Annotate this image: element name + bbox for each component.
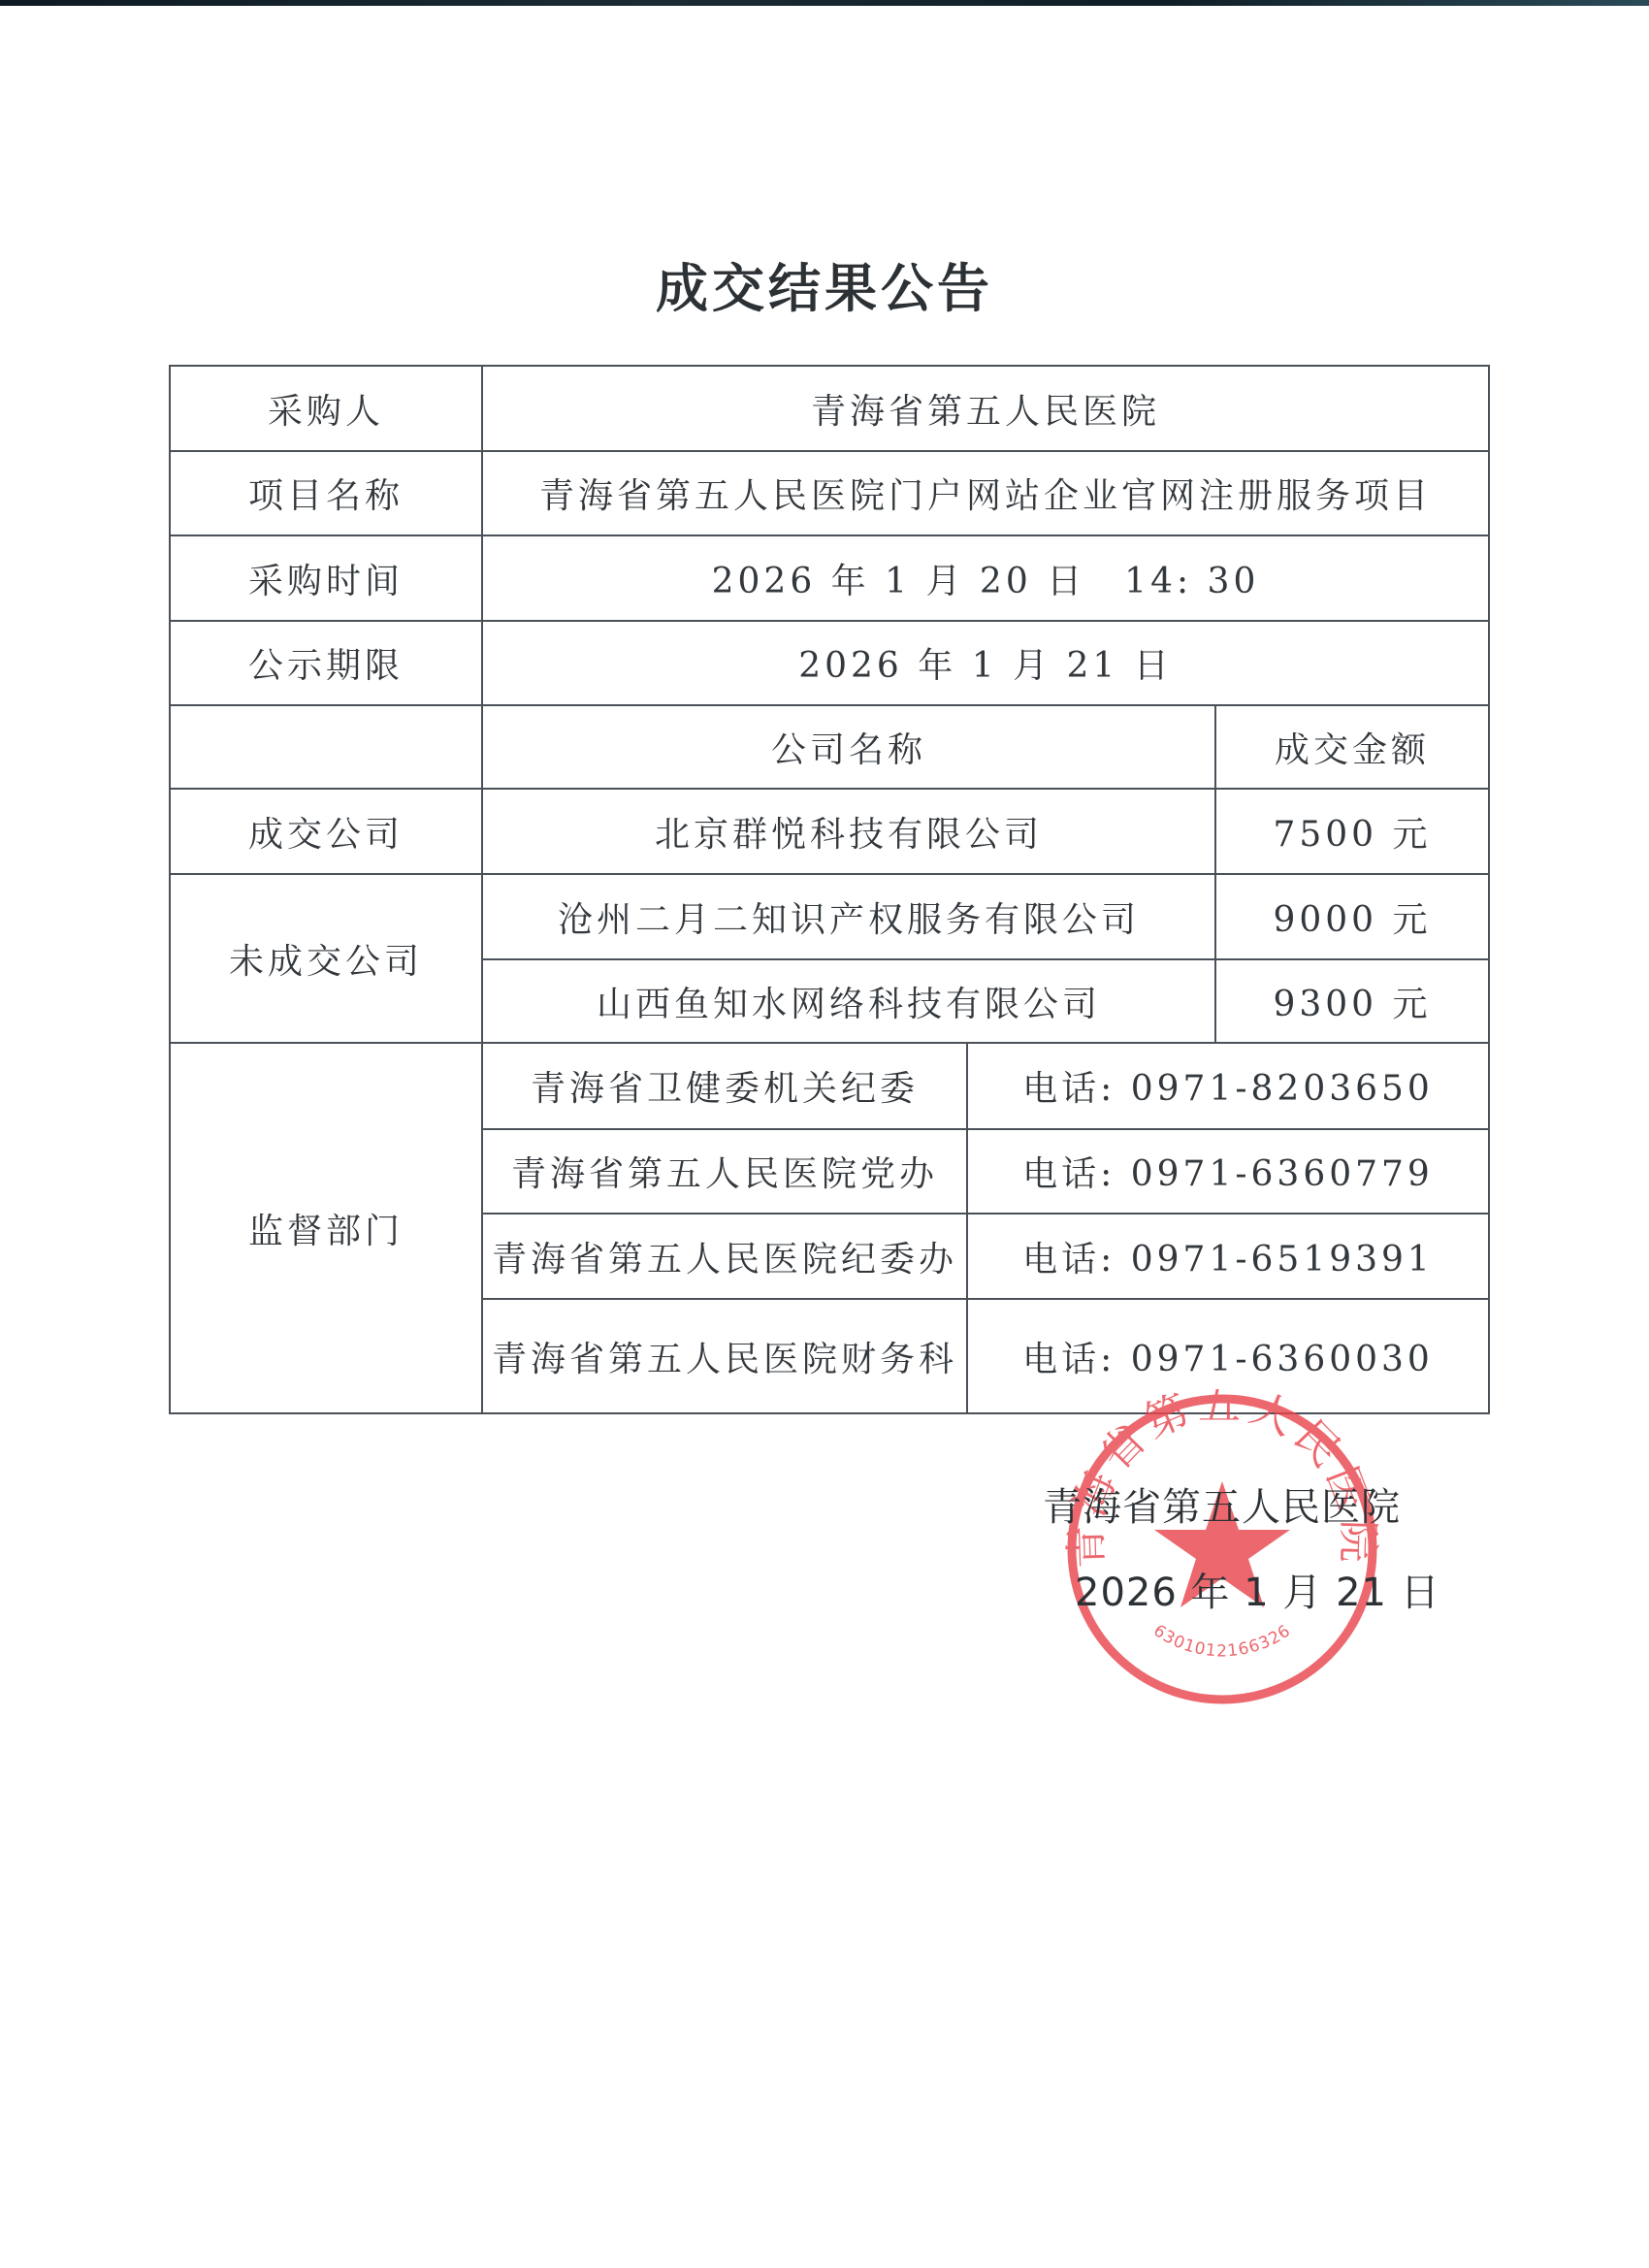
page-title: 成交结果公告 xyxy=(0,247,1649,322)
non-winner-name: 山西鱼知水网络科技有限公司 xyxy=(482,959,1215,1043)
winner-label: 成交公司 xyxy=(170,789,482,874)
company-header-row: 公司名称 成交金额 xyxy=(170,705,1489,789)
purchase-time-row: 采购时间 2026 年 1 月 20 日 14: 30 xyxy=(170,535,1489,621)
winner-amount: 7500 元 xyxy=(1215,789,1489,874)
project-value: 青海省第五人民医院门户网站企业官网注册服务项目 xyxy=(482,451,1489,535)
supervision-dept: 青海省第五人民医院党办 xyxy=(482,1129,967,1214)
non-winner-row: 未成交公司 沧州二月二知识产权服务有限公司 9000 元 xyxy=(170,874,1489,959)
amount-header: 成交金额 xyxy=(1215,705,1489,789)
supervision-row: 监督部门 青海省卫健委机关纪委 电话: 0971-8203650 xyxy=(170,1043,1489,1129)
signature-org: 青海省第五人民医院 xyxy=(1043,1476,1401,1532)
seal-code: 6301012166326 xyxy=(1149,1621,1294,1661)
supervision-dept: 青海省第五人民医院纪委办 xyxy=(482,1214,967,1299)
purchaser-label: 采购人 xyxy=(170,366,482,451)
empty-header-cell xyxy=(170,705,482,789)
publicity-row: 公示期限 2026 年 1 月 21 日 xyxy=(170,621,1489,705)
purchase-time-value: 2026 年 1 月 20 日 14: 30 xyxy=(482,535,1489,621)
official-seal-icon: 青海省第五人民医院 6301012166326 xyxy=(1062,1389,1382,1709)
winner-name: 北京群悦科技有限公司 xyxy=(482,789,1215,874)
non-winner-label: 未成交公司 xyxy=(170,874,482,1043)
non-winner-amount: 9000 元 xyxy=(1215,874,1489,959)
non-winner-name: 沧州二月二知识产权服务有限公司 xyxy=(482,874,1215,959)
supervision-phone: 电话: 0971-8203650 xyxy=(967,1043,1489,1129)
supervision-phone: 电话: 0971-6360779 xyxy=(967,1129,1489,1214)
supervision-phone: 电话: 0971-6360030 xyxy=(967,1299,1489,1413)
supervision-dept: 青海省卫健委机关纪委 xyxy=(482,1043,967,1129)
publicity-label: 公示期限 xyxy=(170,621,482,705)
supervision-phone: 电话: 0971-6519391 xyxy=(967,1214,1489,1299)
result-table: 采购人 青海省第五人民医院 项目名称 青海省第五人民医院门户网站企业官网注册服务… xyxy=(169,365,1490,1414)
non-winner-amount: 9300 元 xyxy=(1215,959,1489,1043)
project-label: 项目名称 xyxy=(170,451,482,535)
project-row: 项目名称 青海省第五人民医院门户网站企业官网注册服务项目 xyxy=(170,451,1489,535)
signature-date: 2026 年 1 月 21 日 xyxy=(1075,1562,1440,1617)
purchase-time-label: 采购时间 xyxy=(170,535,482,621)
purchaser-value: 青海省第五人民医院 xyxy=(482,366,1489,451)
supervision-label: 监督部门 xyxy=(170,1043,482,1413)
supervision-dept: 青海省第五人民医院财务科 xyxy=(482,1299,967,1413)
scan-edge xyxy=(0,0,1649,6)
company-name-header: 公司名称 xyxy=(482,705,1215,789)
publicity-value: 2026 年 1 月 21 日 xyxy=(482,621,1489,705)
svg-text:6301012166326: 6301012166326 xyxy=(1149,1621,1294,1661)
purchaser-row: 采购人 青海省第五人民医院 xyxy=(170,366,1489,451)
winner-row: 成交公司 北京群悦科技有限公司 7500 元 xyxy=(170,789,1489,874)
